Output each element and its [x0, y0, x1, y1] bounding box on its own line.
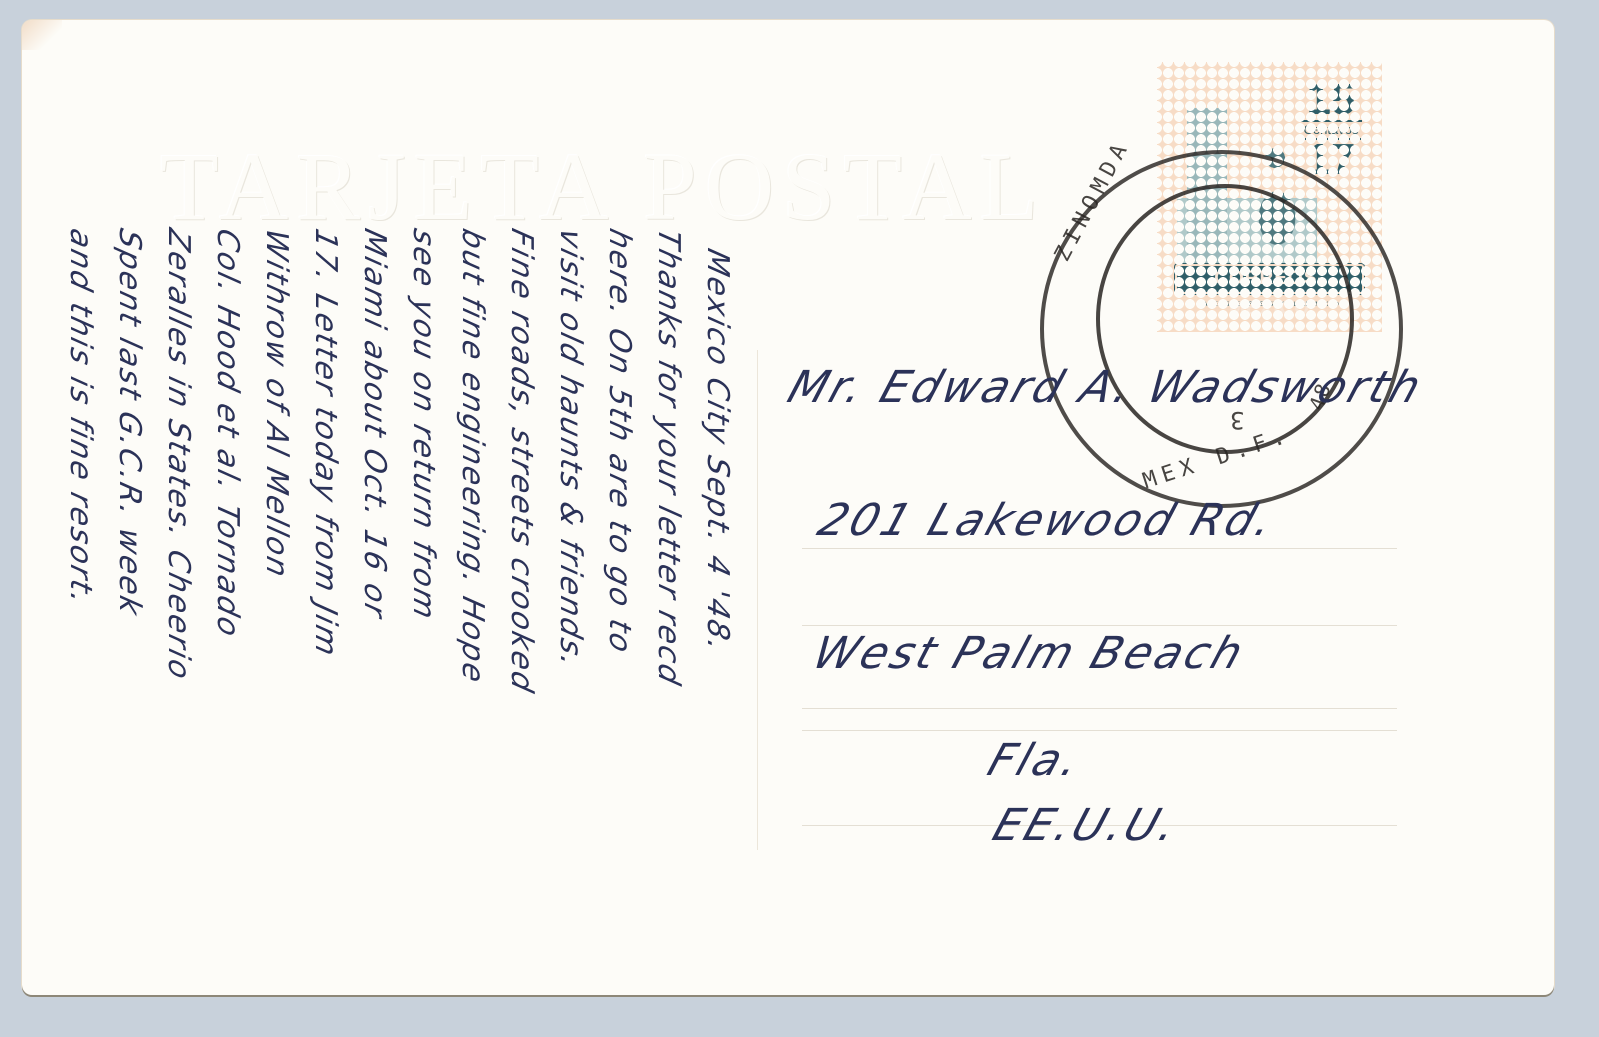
message-line: Thanks for your letter recd: [651, 225, 686, 690]
message-line: 17. Letter today from Jim: [308, 225, 343, 661]
message-line: Withrow of Al Mellon: [259, 225, 294, 582]
address-rule: [802, 625, 1397, 626]
message-line: Spent last G.C.R. week: [112, 225, 147, 620]
address-line-name: Mr. Edward A. Wadsworth: [782, 362, 1430, 413]
address-rule: [802, 708, 1397, 709]
message-line: here. On 5th are to go to: [602, 225, 637, 658]
message-line: Fine roads, streets crooked: [504, 225, 539, 697]
message-line: Mexico City Sept. 4 '48.: [700, 245, 735, 657]
postmark: ZINOMDA MEX D.F. 3 48: [1040, 150, 1403, 508]
stamp-denomination: 15 Centavos 17: [1300, 80, 1362, 180]
center-divider: [757, 350, 758, 850]
message-line: but fine engineering. Hope: [455, 225, 490, 688]
message-line: and this is fine resort.: [63, 225, 98, 610]
message-line: Zeralles in States. Cheerio: [161, 225, 196, 685]
address-rule: [802, 730, 1397, 731]
embossed-header: TARJETA POSTAL: [160, 137, 1080, 237]
address-line-street: 201 Lakewood Rd.: [812, 495, 1283, 546]
message-line: Miami about Oct. 16 or: [357, 225, 392, 623]
address-line-country: EE.U.U.: [987, 800, 1187, 851]
message-line: Col. Hood et al. Tornado: [210, 225, 245, 642]
message-line: visit old haunts & friends.: [553, 225, 588, 673]
address-rule: [802, 548, 1397, 549]
address-line-state: Fla.: [982, 735, 1089, 786]
message-line: see you on return from: [406, 225, 441, 624]
address-line-city: West Palm Beach: [807, 628, 1252, 679]
